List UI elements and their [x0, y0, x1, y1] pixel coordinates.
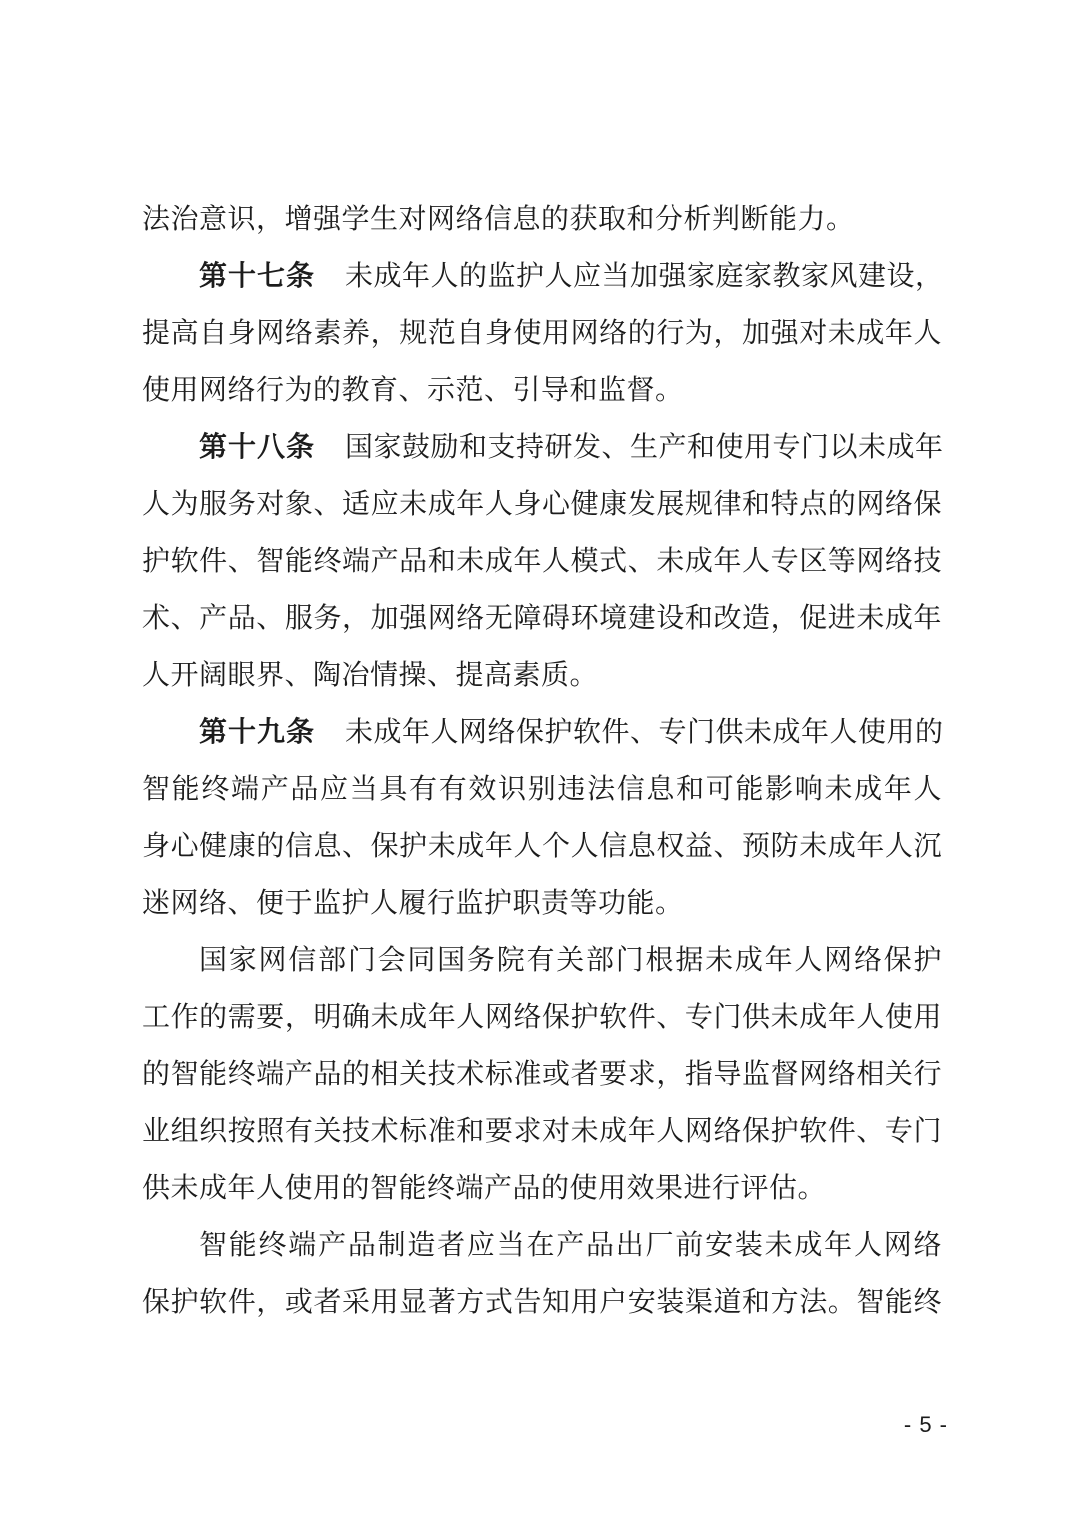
text-line: 智能终端产品制造者应当在产品出厂前安装未成年人网络 — [142, 1216, 942, 1273]
article-number: 第十九条 — [199, 715, 315, 748]
text-line: 法治意识，增强学生对网络信息的获取和分析判断能力。 — [142, 190, 942, 247]
paragraph: 第十七条未成年人的监护人应当加强家庭家教家风建设， 提高自身网络素养，规范自身使… — [142, 247, 942, 418]
text-line: 智能终端产品应当具有有效识别违法信息和可能影响未成年人 — [142, 760, 942, 817]
text-line: 工作的需要，明确未成年人网络保护软件、专门供未成年人使用 — [142, 988, 942, 1045]
text-line: 业组织按照有关技术标准和要求对未成年人网络保护软件、专门 — [142, 1102, 942, 1159]
text-line: 供未成年人使用的智能终端产品的使用效果进行评估。 — [142, 1159, 942, 1216]
text-line: 国家网信部门会同国务院有关部门根据未成年人网络保护 — [142, 931, 942, 988]
text-line: 迷网络、便于监护人履行监护职责等功能。 — [142, 874, 942, 931]
text-line: 第十七条未成年人的监护人应当加强家庭家教家风建设， — [142, 247, 942, 304]
text-line: 的智能终端产品的相关技术标准或者要求，指导监督网络相关行 — [142, 1045, 942, 1102]
text-line: 人开阔眼界、陶冶情操、提高素质。 — [142, 646, 942, 703]
paragraph: 第十八条国家鼓励和支持研发、生产和使用专门以未成年 人为服务对象、适应未成年人身… — [142, 418, 942, 703]
text-line: 保护软件，或者采用显著方式告知用户安装渠道和方法。智能终 — [142, 1273, 942, 1330]
article-number: 第十七条 — [199, 259, 315, 292]
paragraph: 第十九条未成年人网络保护软件、专门供未成年人使用的 智能终端产品应当具有有效识别… — [142, 703, 942, 931]
page-number: - 5 - — [904, 1410, 948, 1440]
paragraph: 国家网信部门会同国务院有关部门根据未成年人网络保护 工作的需要，明确未成年人网络… — [142, 931, 942, 1216]
text-line: 术、产品、服务，加强网络无障碍环境建设和改造，促进未成年 — [142, 589, 942, 646]
text-line: 护软件、智能终端产品和未成年人模式、未成年人专区等网络技 — [142, 532, 942, 589]
text-line: 第十八条国家鼓励和支持研发、生产和使用专门以未成年 — [142, 418, 942, 475]
paragraph: 法治意识，增强学生对网络信息的获取和分析判断能力。 — [142, 190, 942, 247]
text-line: 提高自身网络素养，规范自身使用网络的行为，加强对未成年人 — [142, 304, 942, 361]
article-first-line-text: 未成年人的监护人应当加强家庭家教家风建设， — [345, 259, 944, 292]
article-first-line-text: 国家鼓励和支持研发、生产和使用专门以未成年 — [345, 430, 944, 463]
text-line: 使用网络行为的教育、示范、引导和监督。 — [142, 361, 942, 418]
document-page: 法治意识，增强学生对网络信息的获取和分析判断能力。 第十七条未成年人的监护人应当… — [0, 0, 1074, 1520]
article-first-line-text: 未成年人网络保护软件、专门供未成年人使用的 — [345, 715, 944, 748]
text-line: 第十九条未成年人网络保护软件、专门供未成年人使用的 — [142, 703, 942, 760]
document-body: 法治意识，增强学生对网络信息的获取和分析判断能力。 第十七条未成年人的监护人应当… — [142, 190, 942, 1330]
paragraph: 智能终端产品制造者应当在产品出厂前安装未成年人网络 保护软件，或者采用显著方式告… — [142, 1216, 942, 1330]
text-line: 人为服务对象、适应未成年人身心健康发展规律和特点的网络保 — [142, 475, 942, 532]
text-line: 身心健康的信息、保护未成年人个人信息权益、预防未成年人沉 — [142, 817, 942, 874]
article-number: 第十八条 — [199, 430, 315, 463]
